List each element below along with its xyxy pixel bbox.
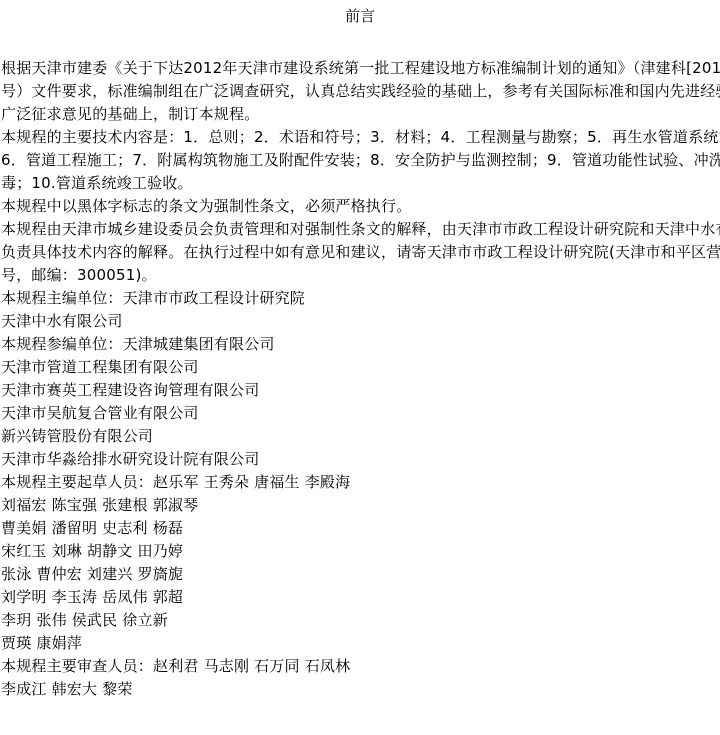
text-line: 广泛征求意见的基础上，制订本规程。	[1, 103, 720, 126]
text-line: 本规程主要审查人员：赵利君 马志刚 石万同 石凤林	[1, 655, 720, 678]
text-line: 刘学明 李玉涛 岳凤伟 郭超	[1, 586, 720, 609]
text-line: 天津中水有限公司	[1, 310, 720, 333]
text-line: 本规程中以黑体字标志的条文为强制性条文，必须严格执行。	[1, 195, 720, 218]
text-line: 毒；10.管道系统竣工验收。	[1, 172, 720, 195]
text-line: 刘福宏 陈宝强 张建根 郭淑琴	[1, 494, 720, 517]
page-title: 前言	[0, 0, 720, 23]
text-line: 李玥 张伟 侯武民 徐立新	[1, 609, 720, 632]
text-line: 天津市管道工程集团有限公司	[1, 356, 720, 379]
text-line: 本规程由天津市城乡建设委员会负责管理和对强制性条文的解释，由天津市市政工程设计研…	[1, 218, 720, 241]
text-line: 天津市赛英工程建设咨询管理有限公司	[1, 379, 720, 402]
text-line: 号，邮编：300051)。	[1, 264, 720, 287]
text-line: 本规程主编单位：天津市市政工程设计研究院	[1, 287, 720, 310]
text-line: 本规程参编单位：天津城建集团有限公司	[1, 333, 720, 356]
text-line: 李成江 韩宏大 黎荣	[1, 678, 720, 701]
document-body: 根据天津市建委《关于下达2012年天津市建设系统第一批工程建设地方标准编制计划的…	[0, 57, 720, 701]
text-line: 新兴铸管股份有限公司	[1, 425, 720, 448]
text-line: 宋红玉 刘琳 胡静文 田乃婷	[1, 540, 720, 563]
text-line: 天津市华淼给排水研究设计院有限公司	[1, 448, 720, 471]
text-line: 贾瑛 康娟萍	[1, 632, 720, 655]
text-line: 张泳 曹仲宏 刘建兴 罗旖旎	[1, 563, 720, 586]
text-line: 6．管道工程施工；7．附属构筑物施工及附配件安装；8．安全防护与监测控制；9．管…	[1, 149, 720, 172]
text-line: 本规程的主要技术内容是：1．总则；2．术语和符号；3．材料；4．工程测量与勘察；…	[1, 126, 720, 149]
text-line: 天津市吴航复合管业有限公司	[1, 402, 720, 425]
document-page: 前言 根据天津市建委《关于下达2012年天津市建设系统第一批工程建设地方标准编制…	[0, 0, 720, 735]
text-line: 负责具体技术内容的解释。在执行过程中如有意见和建议，请寄天津市市政工程设计研究院…	[1, 241, 720, 264]
text-line: 号）文件要求，标准编制组在广泛调查研究，认真总结实践经验的基础上，参考有关国际标…	[1, 80, 720, 103]
text-line: 曹美娟 潘留明 史志利 杨磊	[1, 517, 720, 540]
text-line: 本规程主要起草人员：赵乐军 王秀朵 唐福生 李殿海	[1, 471, 720, 494]
text-line: 根据天津市建委《关于下达2012年天津市建设系统第一批工程建设地方标准编制计划的…	[1, 57, 720, 80]
